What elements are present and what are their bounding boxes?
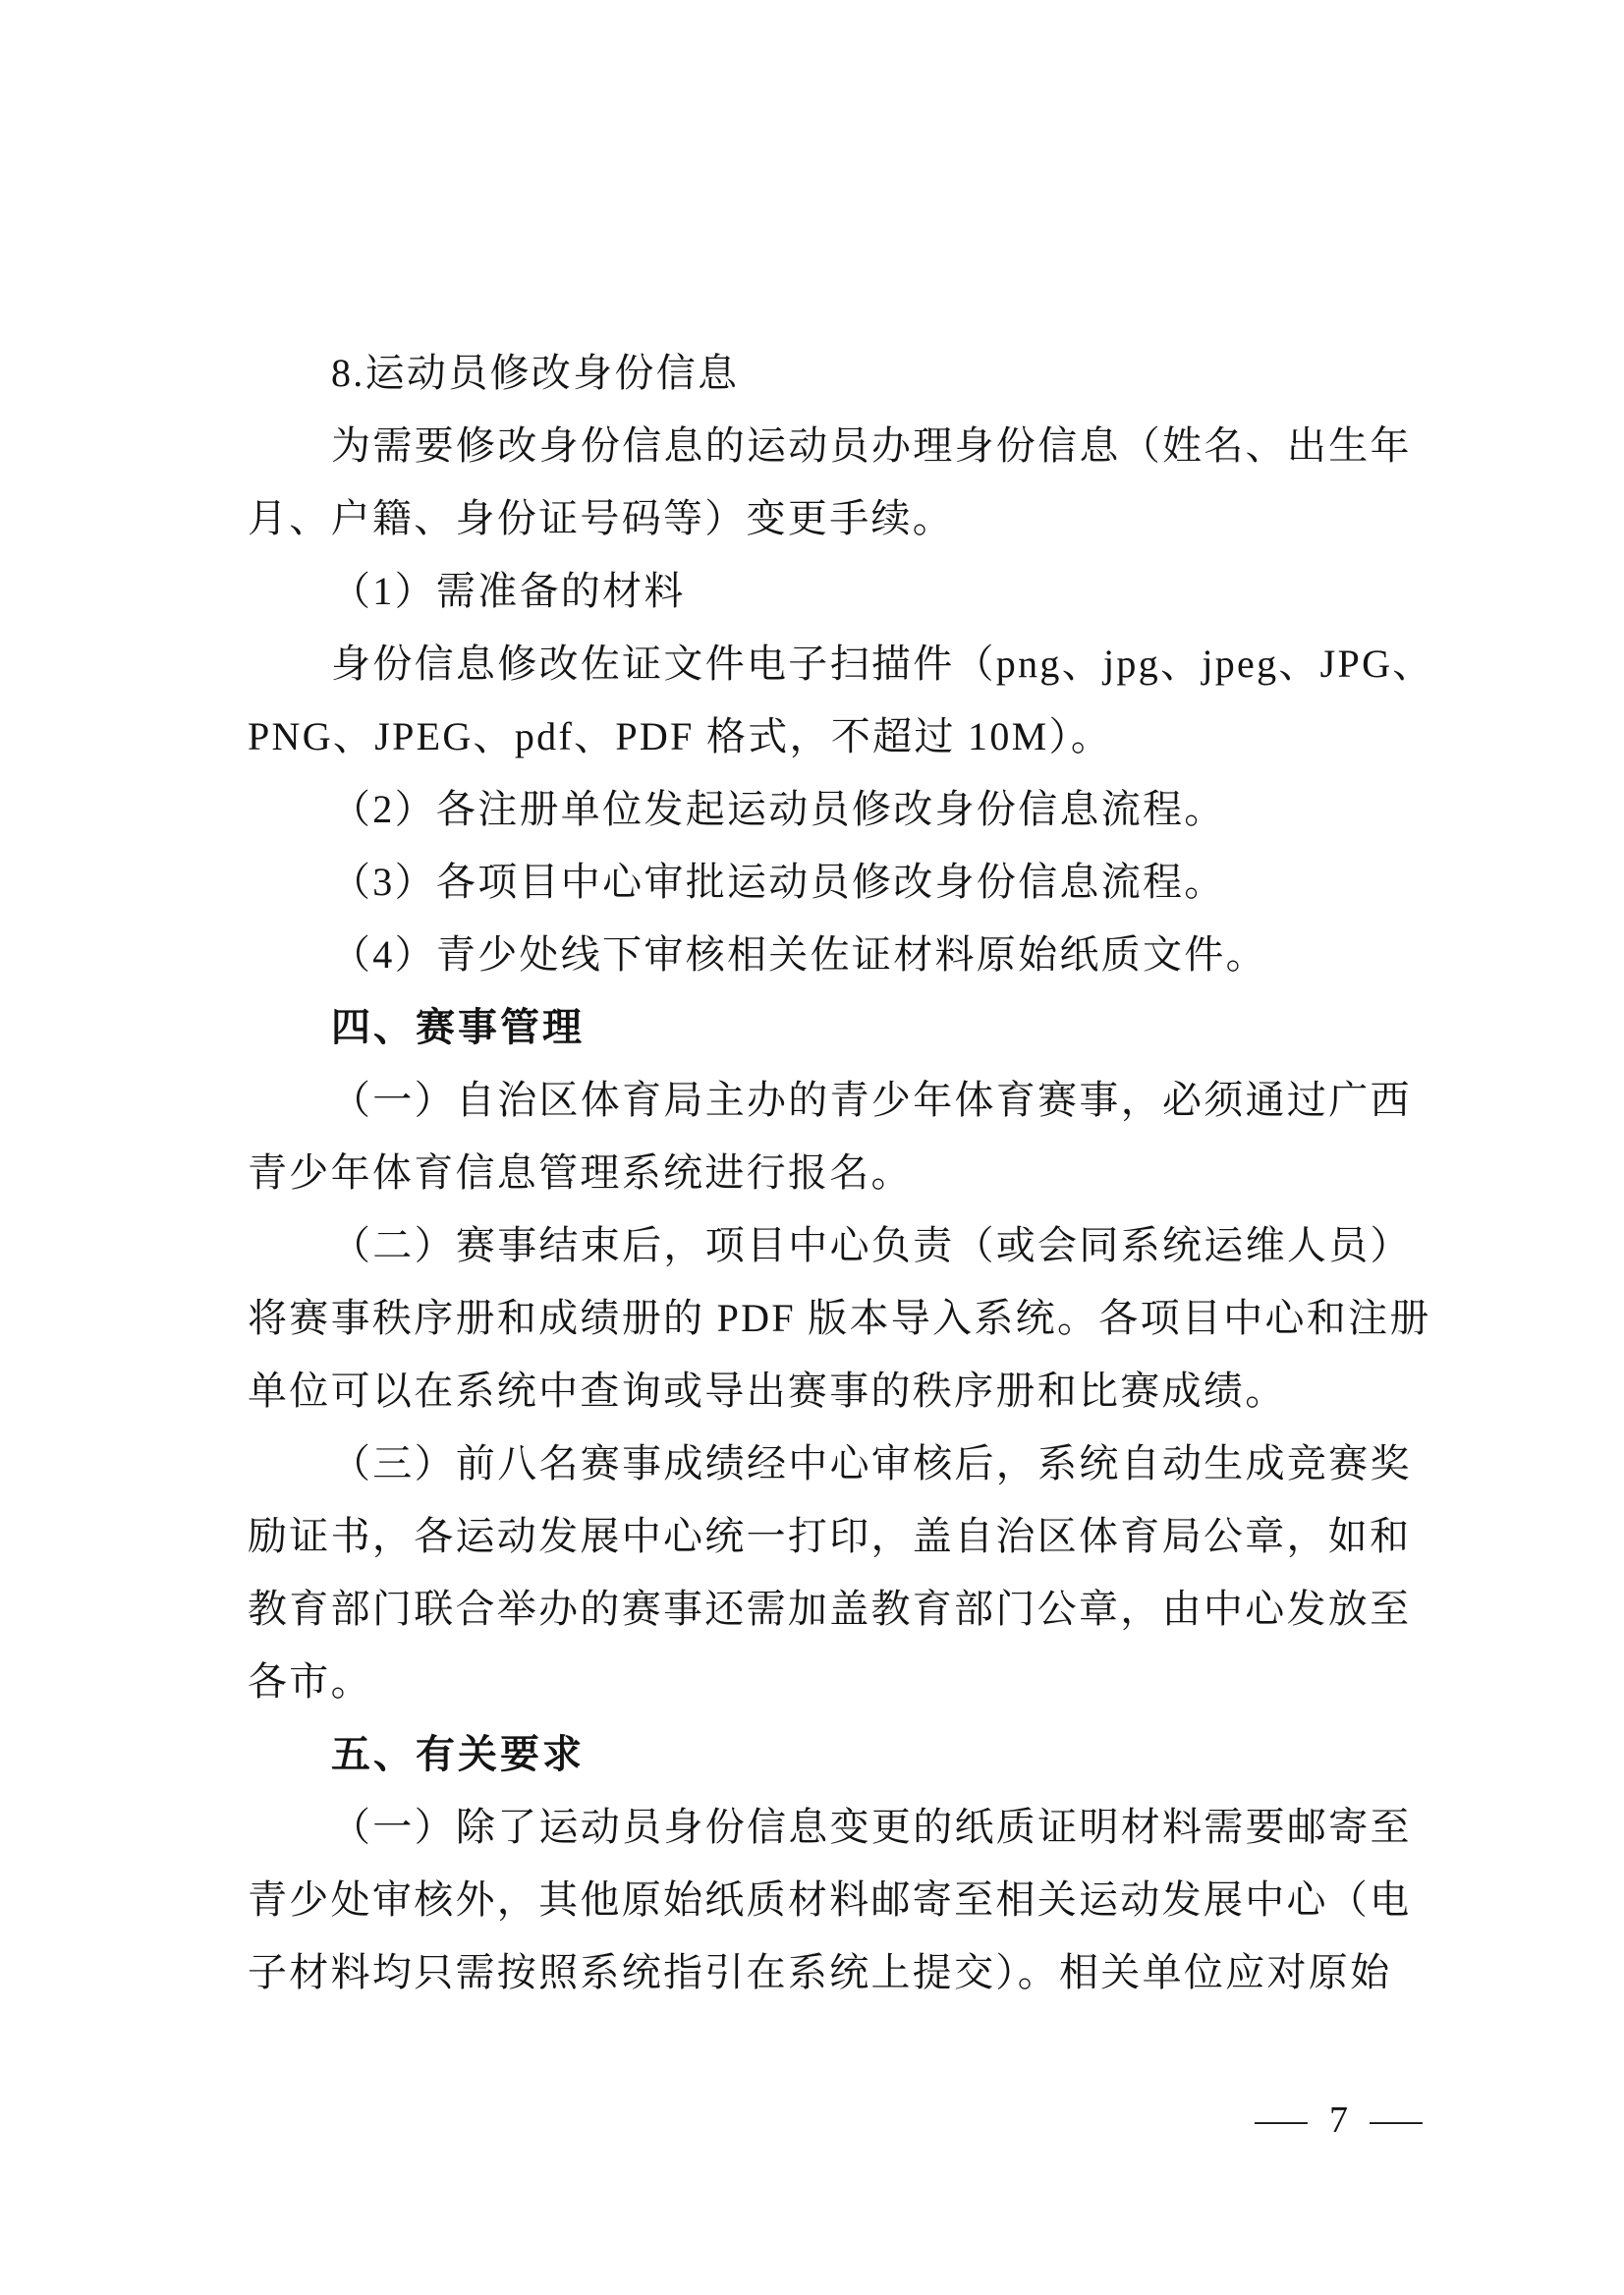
sub-item-3-line: （3）各项目中心审批运动员修改身份信息流程。 (248, 846, 1415, 919)
sub-item-1-title: （1）需准备的材料 (248, 555, 1415, 628)
paragraph-line: （一）自治区体育局主办的青少年体育赛事，必须通过广西 (248, 1064, 1415, 1137)
paragraph-line: 身份信息修改佐证文件电子扫描件（png、jpg、jpeg、JPG、 (248, 628, 1415, 700)
page-number: 7 (1329, 2091, 1348, 2150)
paragraph-line: （二）赛事结束后，项目中心负责（或会同系统运维人员） (248, 1209, 1415, 1282)
paragraph-line: 青少年体育信息管理系统进行报名。 (248, 1137, 1415, 1209)
paragraph-line: 单位可以在系统中查询或导出赛事的秩序册和比赛成绩。 (248, 1355, 1415, 1427)
document-body: 8.运动员修改身份信息 为需要修改身份信息的运动员办理身份信息（姓名、出生年 月… (248, 337, 1415, 2009)
paragraph-line: 教育部门联合举办的赛事还需加盖教育部门公章，由中心发放至 (248, 1573, 1415, 1646)
list-item-8-title: 8.运动员修改身份信息 (248, 337, 1415, 410)
paragraph-line: 青少处审核外，其他原始纸质材料邮寄至相关运动发展中心（电 (248, 1864, 1415, 1936)
paragraph-line: （三）前八名赛事成绩经中心审核后，系统自动生成竞赛奖 (248, 1427, 1415, 1500)
paragraph-line: 各市。 (248, 1646, 1415, 1718)
paragraph-line: 月、户籍、身份证号码等）变更手续。 (248, 482, 1415, 555)
paragraph-line: 为需要修改身份信息的运动员办理身份信息（姓名、出生年 (248, 410, 1415, 482)
paragraph-line: 励证书，各运动发展中心统一打印，盖自治区体育局公章，如和 (248, 1500, 1415, 1573)
section-heading-5: 五、有关要求 (248, 1718, 1415, 1791)
sub-item-4-line: （4）青少处线下审核相关佐证材料原始纸质文件。 (248, 919, 1415, 991)
section-heading-4: 四、赛事管理 (248, 991, 1415, 1064)
paragraph-line: （一）除了运动员身份信息变更的纸质证明材料需要邮寄至 (248, 1791, 1415, 1864)
paragraph-line: PNG、JPEG、pdf、PDF 格式，不超过 10M）。 (248, 700, 1415, 773)
document-page: 8.运动员修改身份信息 为需要修改身份信息的运动员办理身份信息（姓名、出生年 月… (0, 0, 1624, 2295)
footer-dash-left: — (1255, 2091, 1307, 2150)
page-footer: —7— (248, 2091, 1415, 2150)
paragraph-line: 将赛事秩序册和成绩册的 PDF 版本导入系统。各项目中心和注册 (248, 1282, 1415, 1355)
footer-dash-right: — (1370, 2091, 1422, 2150)
paragraph-line: 子材料均只需按照系统指引在系统上提交）。相关单位应对原始 (248, 1936, 1415, 2009)
sub-item-2-line: （2）各注册单位发起运动员修改身份信息流程。 (248, 773, 1415, 846)
